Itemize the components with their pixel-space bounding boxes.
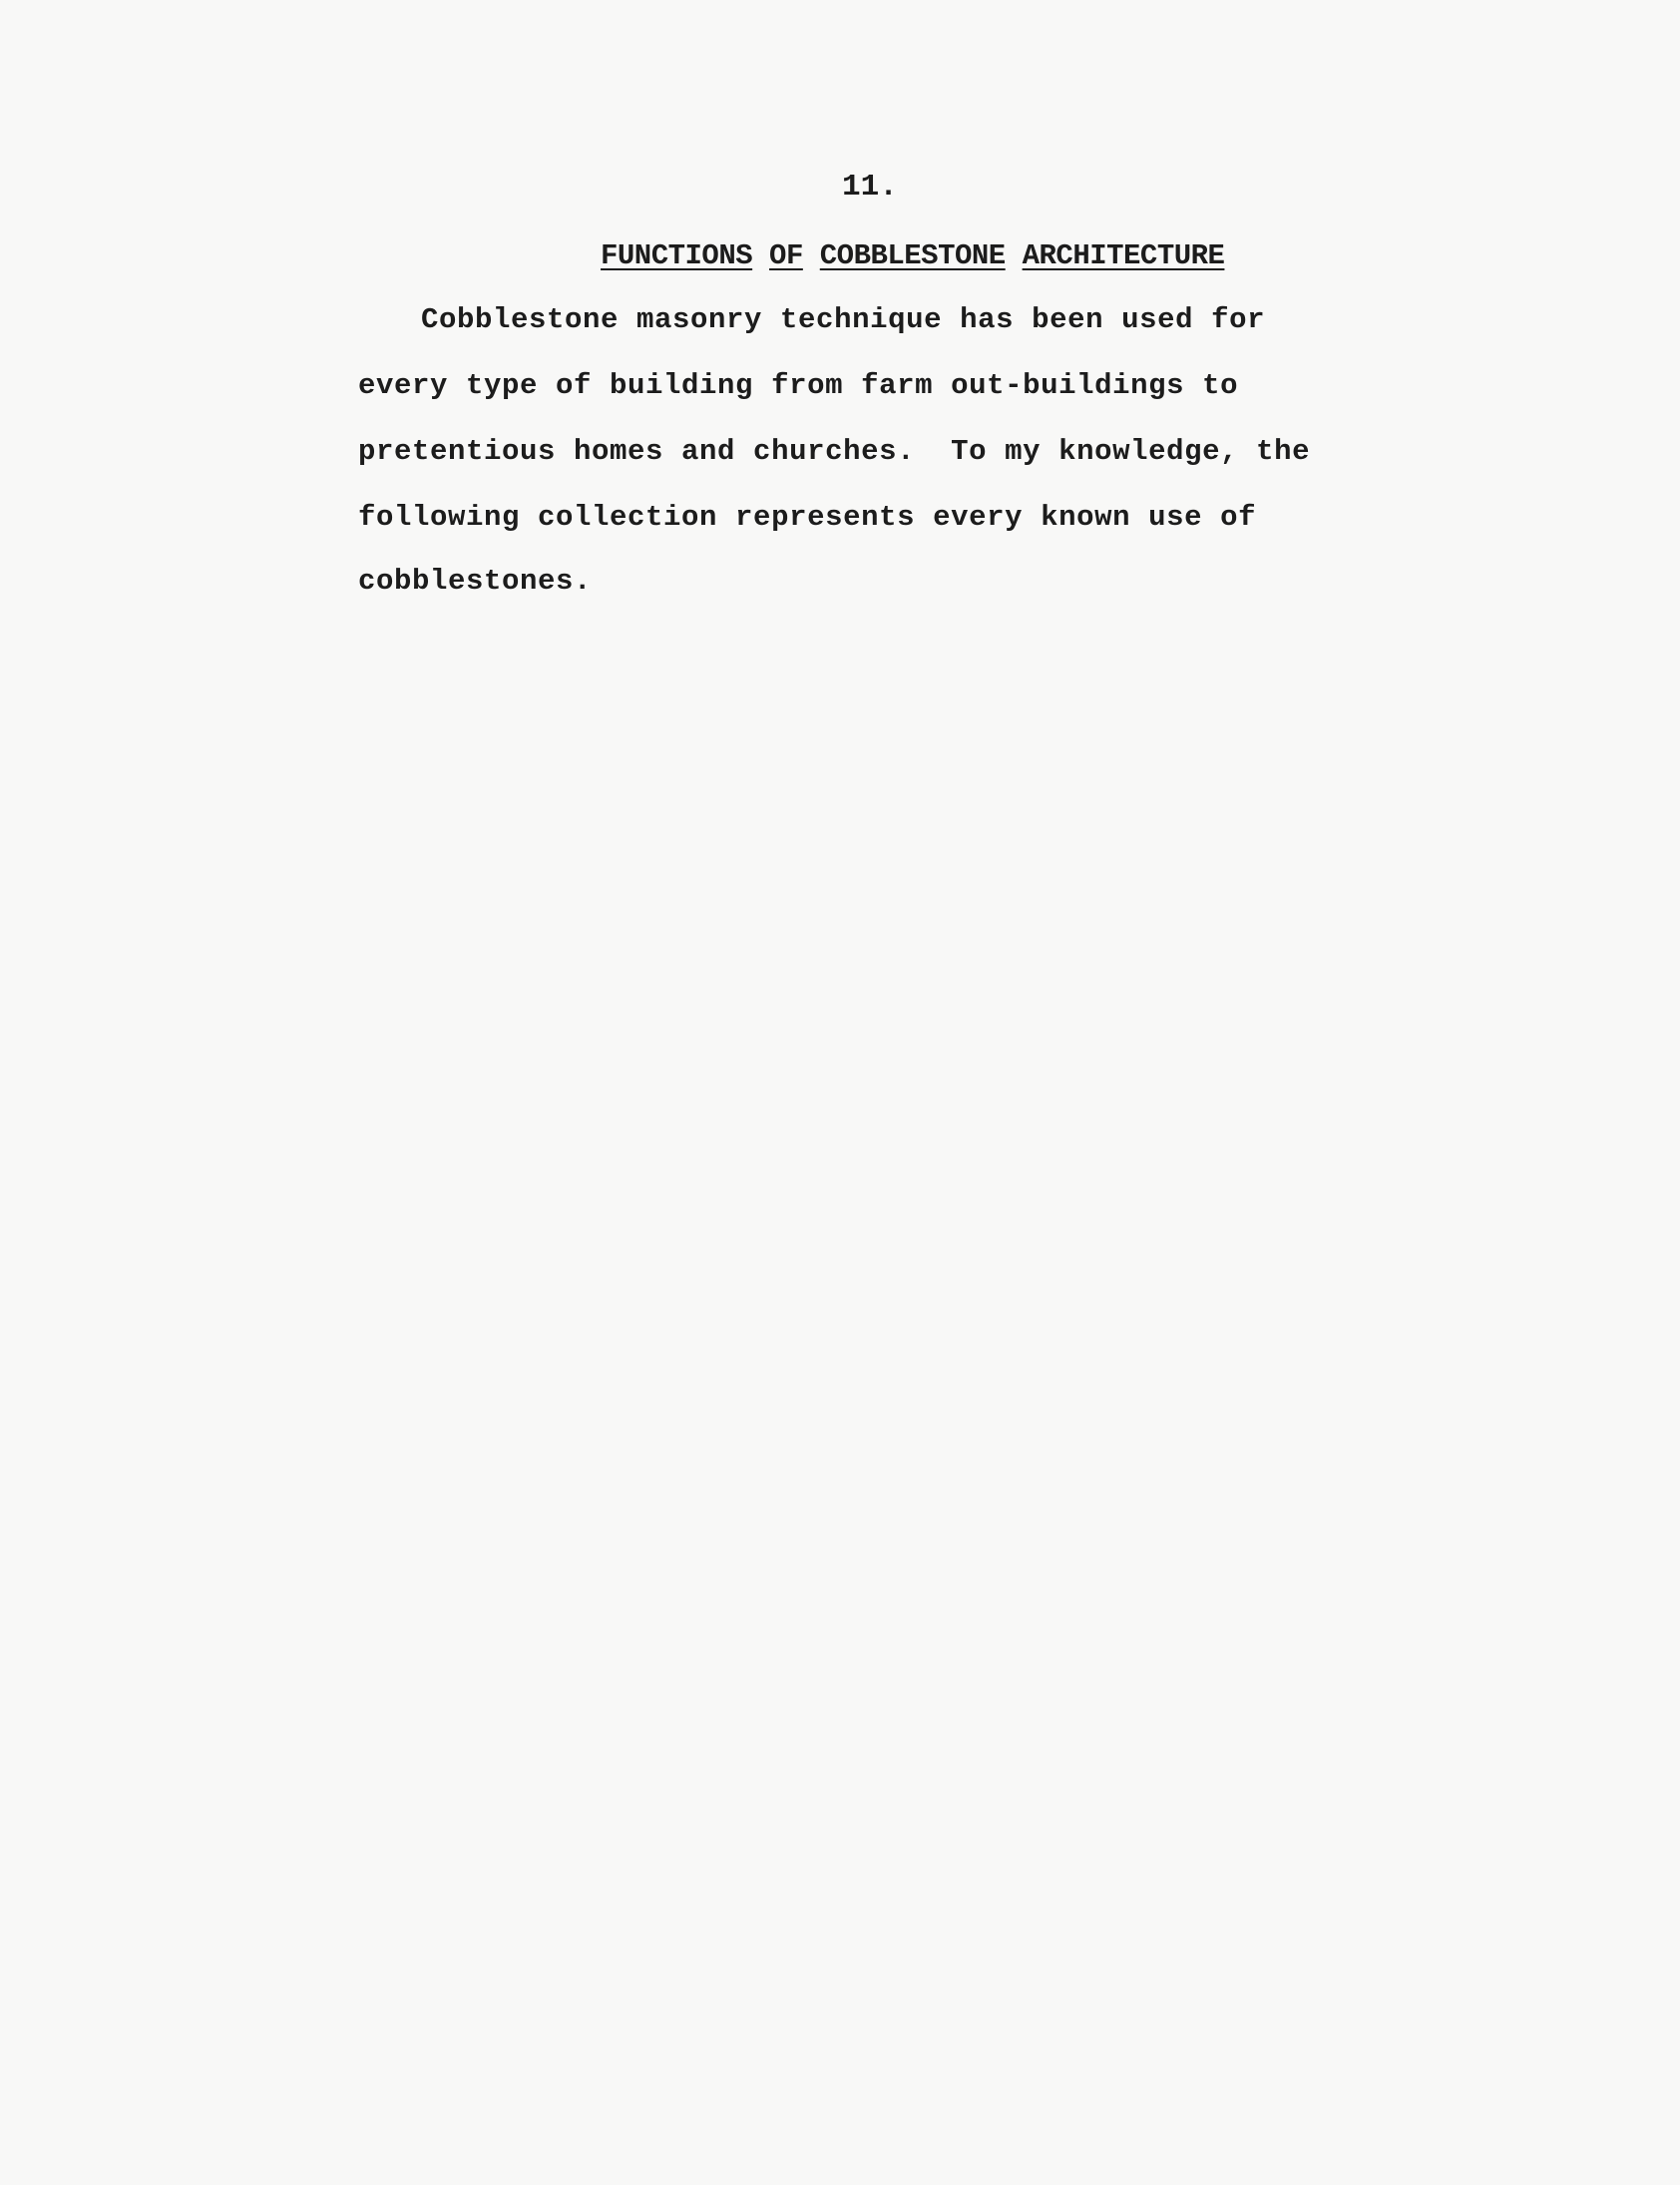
section-heading: FUNCTIONS OF COBBLESTONE ARCHITECTURE	[601, 239, 1224, 272]
paragraph-line: cobblestones.	[358, 565, 592, 598]
paragraph-line: Cobblestone masonry technique has been u…	[421, 303, 1265, 336]
paragraph-line: pretentious homes and churches. To my kn…	[358, 435, 1310, 468]
document-page: 11. FUNCTIONS OF COBBLESTONE ARCHITECTUR…	[0, 0, 1680, 2185]
heading-word: FUNCTIONS	[601, 239, 752, 272]
heading-word: COBBLESTONE	[820, 239, 1006, 272]
page-number: 11.	[842, 170, 898, 205]
heading-word: OF	[769, 239, 803, 272]
paragraph-line: every type of building from farm out-bui…	[358, 369, 1238, 402]
paragraph-line: following collection represents every kn…	[358, 501, 1256, 534]
heading-word: ARCHITECTURE	[1023, 239, 1225, 272]
